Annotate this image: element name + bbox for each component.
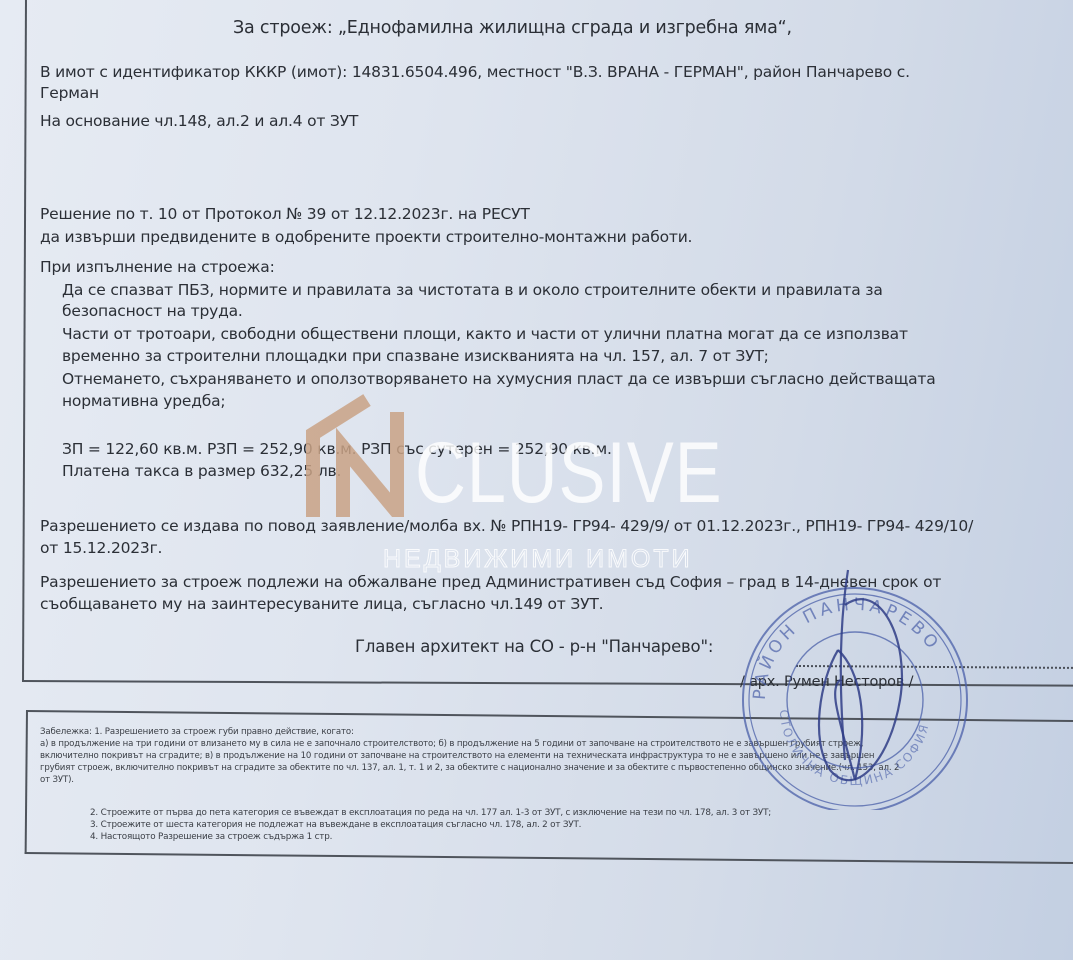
signatory-name: / арх. Румен Несторов /: [740, 674, 913, 690]
inclusive-logo-mark-icon: [305, 392, 415, 517]
execution-heading: При изпълнение на строежа:: [40, 258, 275, 276]
condition-line: безопасност на труда.: [62, 302, 243, 320]
condition-line: нормативна уредба;: [62, 392, 225, 410]
condition-line: Части от тротоари, свободни обществени п…: [62, 325, 908, 343]
watermark-subtitle: НЕДВИЖИМИ ИМОТИ: [383, 545, 693, 574]
document-title: За строеж: „Еднофамилна жилищна сграда и…: [233, 18, 792, 38]
note-text: а) в продължение на три години от влизан…: [40, 739, 863, 749]
issued-basis-date: от 15.12.2023г.: [40, 539, 162, 557]
note-text: от ЗУТ).: [40, 775, 74, 785]
appeal-notice-cont: съобщаването му на заинтересуваните лица…: [40, 595, 603, 613]
note-text: грубият строеж, включително покривът на …: [40, 763, 899, 773]
decision-action: да извърши предвидените в одобрените про…: [40, 228, 692, 246]
legal-basis: На основание чл.148, ал.2 и ал.4 от ЗУТ: [40, 112, 358, 130]
note-item-4: 4. Настоящото Разрешение за строеж съдър…: [90, 832, 332, 842]
note-text: включително покривът на сградите; в) в п…: [40, 751, 874, 761]
watermark-brand: CLUSIVE: [415, 430, 723, 516]
appeal-notice: Разрешението за строеж подлежи на обжалв…: [40, 573, 941, 591]
permit-document: За строеж: „Еднофамилна жилищна сграда и…: [0, 0, 1073, 960]
property-identifier: В имот с идентификатор КККР (имот): 1483…: [40, 63, 910, 81]
condition-line: временно за строителни площадки при спаз…: [62, 347, 769, 365]
decision-reference: Решение по т. 10 от Протокол № 39 от 12.…: [40, 205, 530, 223]
signatory-title: Главен архитект на СО - р-н "Панчарево":: [355, 637, 713, 656]
condition-line: Отнемането, съхраняването и оползотворяв…: [62, 370, 936, 388]
note-item-2: 2. Строежите от първа до пета категория …: [90, 808, 771, 818]
property-village: Герман: [40, 84, 99, 102]
condition-line: Да се спазват ПБЗ, нормите и правилата з…: [62, 281, 883, 299]
note-item-3: 3. Строежите от шеста категория не подле…: [90, 820, 581, 830]
fee-paid: Платена такса в размер 632,25 лв.: [62, 462, 341, 480]
note-heading: Забележка: 1. Разрешението за строеж губ…: [40, 727, 354, 737]
